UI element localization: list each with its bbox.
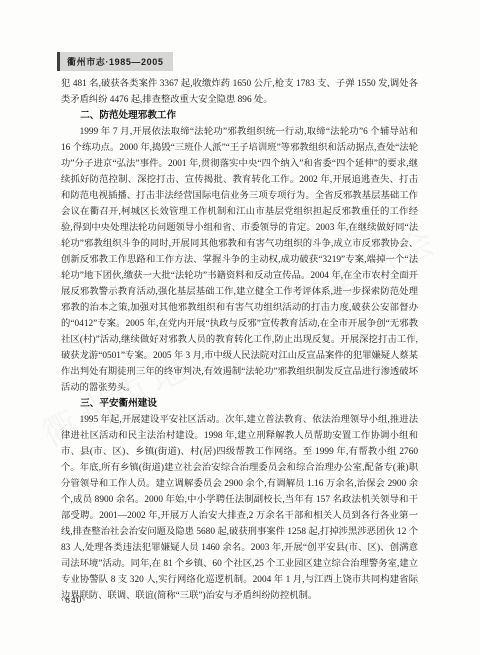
running-head-badge: 衢州市志·1985—2005 [57,52,173,71]
section-heading-safe-quzhou: 三、平安衢州建设 [61,396,418,412]
page-body: 犯 481 名,破获各类案件 3367 起,收缴炸药 1650 公斤,枪支 17… [61,76,418,604]
document-page: 衢州市地方志编纂委员会 衢州市志·1985—2005 犯 481 名,破获各类案… [0,0,480,655]
section-heading-cult-prevention: 二、防范处理邪教工作 [61,108,418,124]
paragraph-safe-quzhou: 1995 年起,开展建设平安社区活动。次年,建立普法教育、依法治理领导小组,推进… [61,412,418,604]
page-number: ·640· [61,596,87,606]
paragraph-continuation: 犯 481 名,破获各类案件 3367 起,收缴炸药 1650 公斤,枪支 17… [61,76,418,108]
paragraph-cult-prevention: 1999 年 7 月,开展依法取缔“法轮功”邪教组织统一行动,取缔“法轮功”6 … [61,124,418,396]
